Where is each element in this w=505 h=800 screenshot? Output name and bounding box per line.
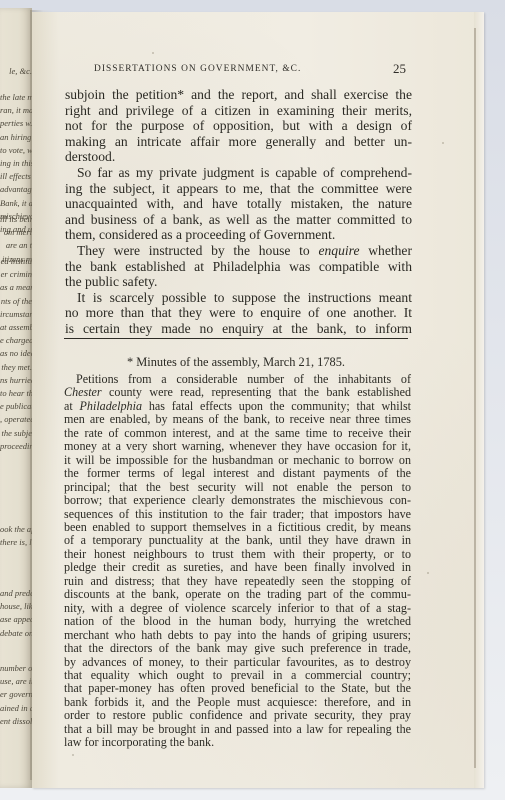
body-text-run: They were instructed by the house to <box>77 243 310 258</box>
left-page-text-fragment: ill its being <box>0 214 32 225</box>
book-page: Dissertations on Government, &c. 25 subj… <box>32 12 484 788</box>
left-page-text-fragment: there is, li <box>0 537 32 548</box>
footnote-line: been enabled to support themselves in a … <box>64 521 411 534</box>
body-line: the public safety. <box>65 274 412 290</box>
paper-speck <box>152 52 154 54</box>
footnote-text: Petitions from a considerable number of … <box>64 373 411 750</box>
italic-place-name: Philadelphia <box>80 399 142 413</box>
left-page-text-fragment: ing in this <box>0 158 32 169</box>
body-line: and business of a bank, as well as the m… <box>65 212 412 228</box>
footnote-line: sequences of this institution to the fai… <box>64 508 411 521</box>
body-line: right and privilege of a citizen in exam… <box>65 103 412 119</box>
left-page-text-fragment: advantages in <box>0 184 32 195</box>
body-line: subjoin the petition* and the report, an… <box>65 87 412 103</box>
left-page-text-fragment: perties w. the <box>0 118 32 129</box>
italic-place-name: Chester <box>64 385 102 399</box>
left-page-text-fragment: ase appears to <box>0 614 32 625</box>
body-line: the bank established at Philadelphia was… <box>65 259 412 275</box>
footnote-line: pledge their credit as sureties, and hav… <box>64 561 411 574</box>
left-page-text-fragment: ran, it main <box>0 105 32 116</box>
left-page-text-fragment: number of pe <box>0 663 32 674</box>
footnote-line: merchant who hath debts to pay into the … <box>64 629 411 642</box>
footnote-line: their honest neighbours to trust them wi… <box>64 548 411 561</box>
page-number: 25 <box>393 61 406 77</box>
footnote-line: Chester county were read, representing t… <box>64 386 411 399</box>
body-text-run: whether <box>368 243 412 258</box>
left-page-text-fragment: proceeding <box>0 441 32 452</box>
body-line: making an intricate affair more generall… <box>65 134 412 150</box>
footnote-line: men are enabled, by means of the bank, t… <box>64 413 411 426</box>
body-line: not for the purpose of opposition, but w… <box>65 118 412 134</box>
footnote-line: the former terms of legal interest and d… <box>64 467 411 480</box>
body-line: It is scarcely possible to suppose the i… <box>65 290 412 306</box>
paper-speck <box>332 712 334 714</box>
running-head: Dissertations on Government, &c. <box>94 64 384 74</box>
left-page-text-fragment: the late mot <box>0 92 32 103</box>
paper-speck <box>427 572 429 574</box>
body-line: ing the subject, it appears to me, that … <box>65 181 412 197</box>
body-line: no more than that they were to enquire o… <box>65 305 412 321</box>
left-page-text-fragment: ns hurried <box>0 375 32 386</box>
footnote-line: that paper-money has often proved benefi… <box>64 682 411 695</box>
footnote-line: it will be impossible for the husbandman… <box>64 454 411 467</box>
left-page-text-fragment: and predetermi <box>0 588 32 599</box>
footnote-line: that equality which ought to prevail in … <box>64 669 411 682</box>
footnote-title: * Minutes of the assembly, March 21, 178… <box>64 355 408 370</box>
left-page-text-fragment: ircumstan <box>0 309 32 320</box>
footnote-line: order to restore public confidence and p… <box>64 709 411 722</box>
left-page-text-fragment: at assembly <box>0 322 32 333</box>
footnote-line: law for incorporating the bank. <box>64 736 411 749</box>
left-page-text-fragment: ook the affai <box>0 524 32 535</box>
paper-speck <box>72 754 74 756</box>
scan-background: le, &c.the late motran, it mainperties w… <box>0 0 505 800</box>
body-text: subjoin the petition* and the report, an… <box>65 87 412 337</box>
body-line: unacquainted with, and have totally mist… <box>65 196 412 212</box>
left-page-text-fragment: ent dissoluti <box>0 716 32 727</box>
left-page-text-fragment: e publication <box>0 401 32 412</box>
footnote-line: nity, with a degree of violence scarcely… <box>64 602 411 615</box>
body-line: So far as my private judgment is capable… <box>65 165 412 181</box>
left-page-text-fragment: Bank, it and <box>0 198 32 209</box>
left-page-text-fragment: nts of the <box>0 296 32 307</box>
footnote-line: principal; that the best security will n… <box>64 481 411 494</box>
footnote-line: borrow; that experience clearly demonstr… <box>64 494 411 507</box>
left-page-text-fragment: debate on th <box>0 628 32 639</box>
footnote-line: at Philadelphia has fatal effects upon t… <box>64 400 411 413</box>
left-page-text-fragment: er governed <box>0 689 32 700</box>
footnote-line: the rate of common interest, and at the … <box>64 427 411 440</box>
left-page-text-fragment: ained in a <box>0 703 32 714</box>
footnote-line: discounts at the bank, operate on the tr… <box>64 588 411 601</box>
left-page-text-fragment: e charged <box>0 335 32 346</box>
body-line: them, considered as a proceeding of Gove… <box>65 227 412 243</box>
left-facing-page: le, &c.the late motran, it mainperties w… <box>0 8 32 788</box>
footnote-text-run: at <box>64 399 73 413</box>
left-page-text-fragment: use, are in a <box>0 676 32 687</box>
body-line: is certain they made no enquiry at the b… <box>65 321 412 337</box>
left-page-text-fragment: to vote, wa <box>0 145 32 156</box>
footnote-line: that the directors of the bank may give … <box>64 642 411 655</box>
left-page-text-fragment: as a mean <box>0 282 32 293</box>
footnote-line: that a bill may be brought in and passed… <box>64 723 411 736</box>
body-line: derstood. <box>65 149 412 165</box>
left-page-text-fragment: house, lik <box>0 601 32 612</box>
footnote-text-run: county were read, representing that the … <box>109 385 411 399</box>
left-page-text-fragment: , operated <box>0 414 32 425</box>
left-page-text-fragment: er crimin <box>0 269 32 280</box>
footnote-separator-rule <box>64 338 408 339</box>
footnote-line: Petitions from a considerable number of … <box>64 373 411 386</box>
footnote-line: of a temporary punctuality at the bank, … <box>64 534 411 547</box>
left-page-text-fragment: are an t <box>0 240 32 251</box>
left-page-text-fragment: le, &c. <box>0 66 32 77</box>
left-page-text-fragment: as no idea <box>0 348 32 359</box>
footnote-text-run: has fatal effects upon the community; th… <box>149 399 411 413</box>
page-edge-line <box>474 28 476 768</box>
italic-word: enquire <box>318 243 359 258</box>
left-page-text-fragment: they met. <box>0 362 32 373</box>
footnote-line: by advances of money, to their particula… <box>64 656 411 669</box>
paper-speck <box>442 142 444 144</box>
footnote-line: money at a very short warning, whenever … <box>64 440 411 453</box>
footnote-line: nation of the blood in the human body, h… <box>64 615 411 628</box>
footnote-line: bank forbids it, and the People must acq… <box>64 696 411 709</box>
left-page-text-fragment: ed institu <box>0 256 32 267</box>
left-page-text-fragment: to hear the <box>0 388 32 399</box>
left-page-text-fragment: om meri <box>0 227 32 238</box>
left-page-text-fragment: the subje <box>0 428 32 439</box>
left-page-text-fragment: ill effects in <box>0 171 32 182</box>
body-line: They were instructed by the house to enq… <box>65 243 412 259</box>
left-page-text-fragment: an hiring aj <box>0 132 32 143</box>
footnote-line: ruin and distress; that they have repeat… <box>64 575 411 588</box>
